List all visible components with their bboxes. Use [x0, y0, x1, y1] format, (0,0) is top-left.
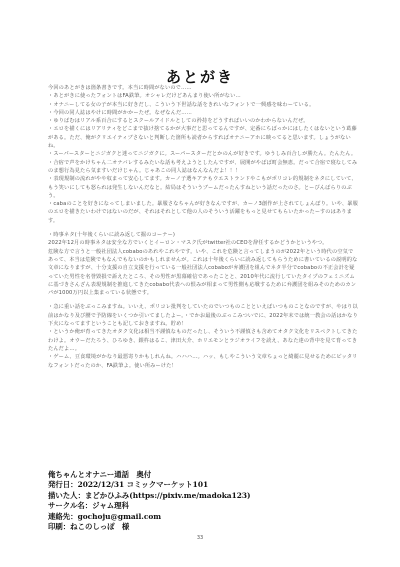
afterword-body: 今回のあとがきは箇条書きです。本当に時間がないので…… ・あとがきに使ったフォン… [48, 84, 358, 370]
page-number: 33 [0, 535, 400, 541]
colophon-printer: 印刷：ねこのしっぽ 様 [48, 522, 348, 532]
paragraph: ・というか俺が育ってきたオタク文化は相当不謹慎なものだったし、そういう不謹慎さも… [48, 328, 358, 353]
colophon-publish-date: 発行日：2022/12/31 コミックマーケット101 [48, 480, 348, 490]
paragraph: 2022年12月の時事ネタは安全な方でいくとイーロン・マスク氏がtwitter社… [48, 239, 358, 247]
afterword-page: あとがき 今回のあとがきは箇条書きです。本当に時間がないので…… ・あとがきに使… [0, 0, 400, 567]
paragraph: ・時事ネタ(十年後くらいに読み返して掘のコーナー) [48, 231, 358, 239]
paragraph: ・表現規制の流れがやや収まって安心してます。カーノ子選キアテもウエストランドやこ… [48, 175, 358, 200]
colophon: 俺ちゃんとオナニー通話 奥付 発行日：2022/12/31 コミックマーケット1… [48, 470, 348, 532]
colophon-title: 俺ちゃんとオナニー通話 奥付 [48, 470, 348, 480]
paragraph: ・あとがきに使ったフォントはFA鉄筆。オシャレだけどあんまり使い所がない… [48, 92, 358, 100]
paragraph: ・急に重い話をぶっこみますね。いいえ、ポリコレ批判をしていたのでいつものこととい… [48, 303, 358, 328]
paragraph: ・オナニーしてる女の子が本当に好きだし、こういう下世話な話をきれいなフォントで一… [48, 101, 358, 109]
paragraph: ・スーパースターとニジガクと迷ってニジガクに。スーパースターだとかのんが好きです… [48, 150, 358, 158]
paragraph: ・エロを描くにはリアリティをどこまで抜け捨てるかが大事だと思ってるんですが、定番… [48, 125, 358, 150]
paragraph: ・今回の同人誌はやけに時間がかかーたぜ。なぜなんだ…… [48, 109, 358, 117]
paragraph: ・ゲーム、豆食環境がかなり最悪寄りかもしれんね。ハハハ…。ハッ、もしやこういう文… [48, 353, 358, 370]
paragraph: ・合宿で声をかけちゃん二オナバレするみたいな話も考えようとしたんですが、展開がや… [48, 159, 358, 176]
colophon-author: 描いた人：まどかひふみ(https://pixiv.me/madoka123) [48, 491, 348, 501]
paragraph: 危険な方で言うと一般社団法人cobaboのあれやこれやです。いや、これを危険と言… [48, 248, 358, 298]
colophon-contact: 連絡先：gochoju@gmail.com [48, 512, 348, 522]
paragraph: 今回のあとがきは箇条書きです。本当に時間がないので…… [48, 84, 358, 92]
paragraph: ・ゆりばむはリアル系百合にするとスクールアイドルとしての矜持をどうすればいいのか… [48, 117, 358, 125]
paragraph: ・cabaのことを好きになってしまいました。暴服さなちゃんが好きなんですが、カー… [48, 200, 358, 225]
colophon-circle: サークル名：ジャム理科 [48, 501, 348, 511]
